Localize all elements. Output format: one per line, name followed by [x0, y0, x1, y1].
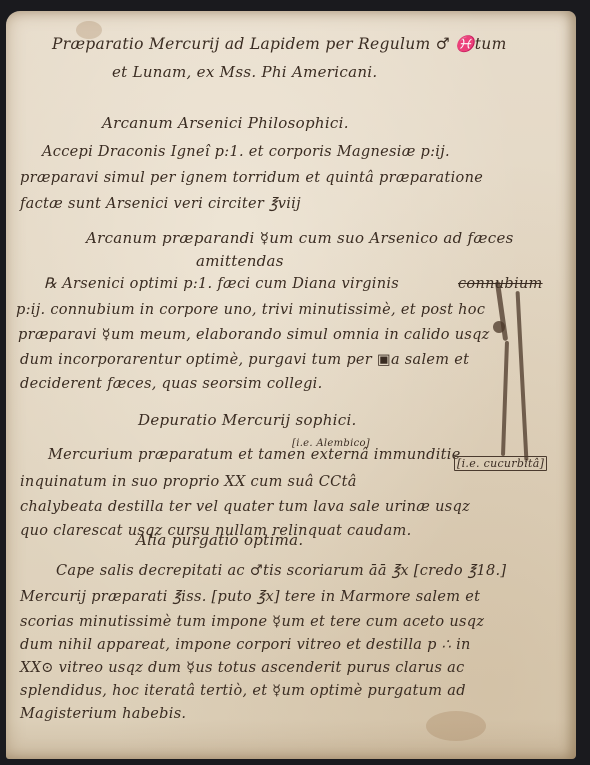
section1-line: Accepi Draconis Igneî p:1. et corporis M…: [42, 144, 450, 160]
section4-line: XX⊙ vitreo usqz dum ☿us totus ascenderit…: [20, 660, 465, 676]
ink-stain: [493, 281, 533, 461]
title-line-1: Præparatio Mercurij ad Lapidem per Regul…: [52, 35, 507, 53]
annotation-alembico: [i.e. Alembico]: [290, 438, 372, 449]
section4-line: Mercurij præparati ℥iss. [puto ℥x] tere …: [20, 589, 480, 605]
section2-heading-line-2: amittendas: [196, 252, 284, 270]
section4-line: splendidus, hoc iteratâ tertiò, et ☿um o…: [20, 683, 466, 699]
section4-line: scorias minutissimè tum impone ☿um et te…: [20, 614, 484, 630]
section4-line: Cape salis decrepitati ac ♂tis scoriarum…: [56, 563, 506, 579]
section1-line: præparavi simul per ignem torridum et qu…: [20, 170, 483, 186]
annotation-cucurbita: [i.e. cucurbitâ]: [454, 456, 547, 471]
section2-line: p:ij. connubium in corpore uno, trivi mi…: [16, 302, 485, 318]
section4-line: dum nihil appareat, impone corpori vitre…: [20, 637, 471, 653]
section2-line: præparavi ☿um meum, elaborando simul omn…: [18, 327, 490, 343]
section2-line: ℞ Arsenici optimi p:1. fæci cum Diana vi…: [44, 276, 399, 292]
section2-line: dum incorporarentur optimè, purgavi tum …: [20, 352, 469, 368]
section3-line: chalybeata destilla ter vel quater tum l…: [20, 499, 470, 515]
section4-line: Magisterium habebis.: [20, 706, 186, 722]
section3-line: inquinatum in suo proprio XX cum suâ CCt…: [20, 474, 357, 490]
title-line-2: et Lunam, ex Mss. Phi Americani.: [112, 63, 377, 81]
struck-word: connubium: [458, 276, 543, 292]
section3-heading: Depuratio Mercurij sophici.: [138, 411, 357, 429]
foxing-spot: [426, 711, 486, 741]
section4-heading: Alia purgatio optima.: [136, 531, 303, 549]
section2-line: deciderent fæces, quas seorsim collegi.: [20, 376, 323, 392]
manuscript-page: Præparatio Mercurij ad Lapidem per Regul…: [6, 11, 576, 759]
section1-line: factæ sunt Arsenici veri circiter ℥viij: [20, 196, 301, 212]
section1-heading: Arcanum Arsenici Philosophici.: [102, 114, 349, 132]
section2-heading-line-1: Arcanum præparandi ☿um cum suo Arsenico …: [86, 229, 514, 247]
section3-line: Mercurium præparatum et tamen externâ im…: [48, 447, 461, 463]
